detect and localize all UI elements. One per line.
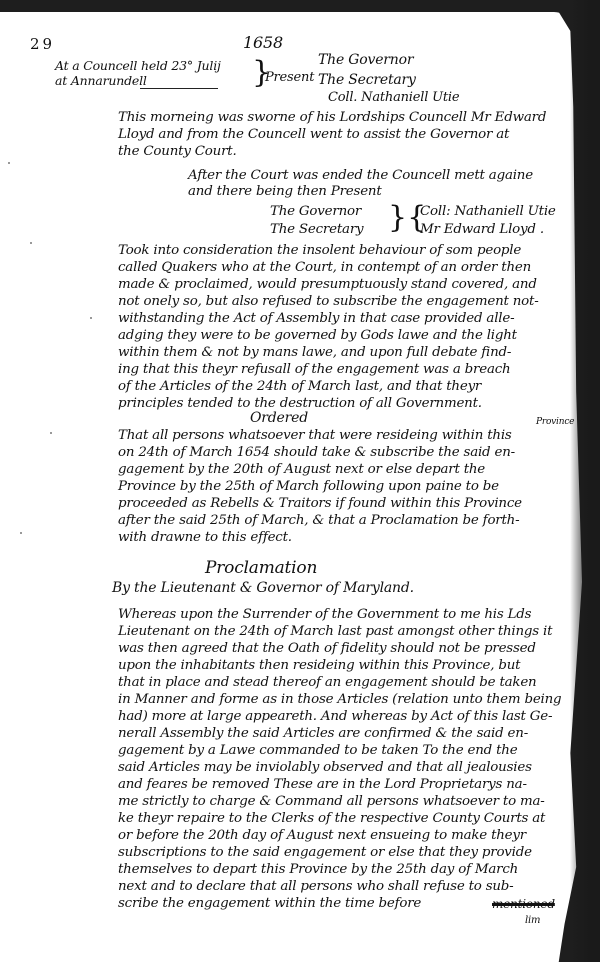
text-line: themselves to depart this Province by th… <box>118 862 518 878</box>
proclamation-title: Proclamation <box>205 558 317 578</box>
text-line: that in place and stead thereof an engag… <box>118 675 536 691</box>
text-line: was then agreed that the Oath of fidelit… <box>118 641 536 657</box>
present-second-utie: Coll: Nathaniell Utie <box>420 204 556 220</box>
text-line: called Quakers who at the Court, in cont… <box>118 260 531 276</box>
text-line: after the said 25th of March, & that a P… <box>118 513 519 529</box>
text-line: upon the inhabitants then resideing with… <box>118 658 520 674</box>
ordered-heading: Ordered <box>250 410 308 426</box>
scan-speckle <box>30 242 32 244</box>
text-line: me strictly to charge & Command all pers… <box>118 794 545 810</box>
text-line: subscriptions to the said engagement or … <box>118 845 532 861</box>
text-line: Province by the 25th of March following … <box>118 479 499 495</box>
text-line: within them & not by mans lawe, and upon… <box>118 345 511 361</box>
heading-rule <box>140 88 218 89</box>
text-line: This morneing was sworne of his Lordship… <box>118 110 546 126</box>
present-member-secretary: The Secretary <box>318 72 416 88</box>
text-line: ke theyr repaire to the Clerks of the re… <box>118 811 545 827</box>
text-line: ing that this theyr refusall of the enga… <box>118 362 510 378</box>
present-member-utie: Coll. Nathaniell Utie <box>328 90 459 105</box>
text-line: Lieutenant on the 24th of March last pas… <box>118 624 552 640</box>
text-line: or before the 20th day of August next en… <box>118 828 526 844</box>
council-heading-line-2: at Annarundell <box>55 74 147 88</box>
text-line: nerall Assembly the said Articles are co… <box>118 726 528 742</box>
text-line: scribe the engagement within the time be… <box>118 896 421 912</box>
text-line: Whereas upon the Surrender of the Govern… <box>118 607 531 623</box>
struck-word: mentioned <box>492 896 555 912</box>
text-line: of the Articles of the 24th of March las… <box>118 379 481 395</box>
text-line: in Manner and forme as in those Articles… <box>118 692 561 708</box>
text-line: After the Court was ended the Councell m… <box>188 168 533 184</box>
text-line: the County Court. <box>118 144 237 160</box>
scan-speckle <box>20 532 22 534</box>
text-line: gagement by a Lawe commanded to be taken… <box>118 743 517 759</box>
text-line: with drawne to this effect. <box>118 530 292 546</box>
text-line: had) more at large appeareth. And wherea… <box>118 709 552 725</box>
scan-speckle <box>8 162 10 164</box>
text-line: next and to declare that all persons who… <box>118 879 514 895</box>
text-line: not onely so, but also refused to subscr… <box>118 294 539 310</box>
margin-insertion: Province <box>536 417 574 427</box>
present-member-governor: The Governor <box>318 52 413 68</box>
text-line: proceeded as Rebells & Traitors if found… <box>118 496 522 512</box>
text-line: That all persons whatsoever that were re… <box>118 428 512 444</box>
text-line: Lloyd and from the Councell went to assi… <box>118 127 509 143</box>
page-number: 29 <box>30 35 55 53</box>
scan-speckle <box>90 317 92 319</box>
text-line: gagement by the 20th of August next or e… <box>118 462 485 478</box>
text-line: and there being then Present <box>188 184 382 200</box>
text-line: said Articles may be inviolably observed… <box>118 760 532 776</box>
catchword: lim <box>525 915 540 926</box>
present-second-secretary: The Secretary <box>270 222 363 238</box>
text-line: made & proclaimed, would presumptuously … <box>118 277 537 293</box>
text-line: Took into consideration the insolent beh… <box>118 243 521 259</box>
year-heading: 1658 <box>243 33 283 52</box>
scan-edge-shadow <box>570 0 600 962</box>
text-line: and feares be removed These are in the L… <box>118 777 527 793</box>
scan-speckle <box>50 432 52 434</box>
text-line: on 24th of March 1654 should take & subs… <box>118 445 515 461</box>
present-second-lloyd: Mr Edward Lloyd . <box>420 222 544 238</box>
text-line: withstanding the Act of Assembly in that… <box>118 311 514 327</box>
text-line: adging they were to be governed by Gods … <box>118 328 517 344</box>
manuscript-page: 29 1658 At a Councell held 23° Julij at … <box>0 12 582 962</box>
proclamation-byline: By the Lieutenant & Governor of Maryland… <box>112 580 414 596</box>
present-second-governor: The Governor <box>270 204 361 220</box>
present-label: Present <box>265 70 314 85</box>
council-heading-line-1: At a Councell held 23° Julij <box>55 59 221 73</box>
